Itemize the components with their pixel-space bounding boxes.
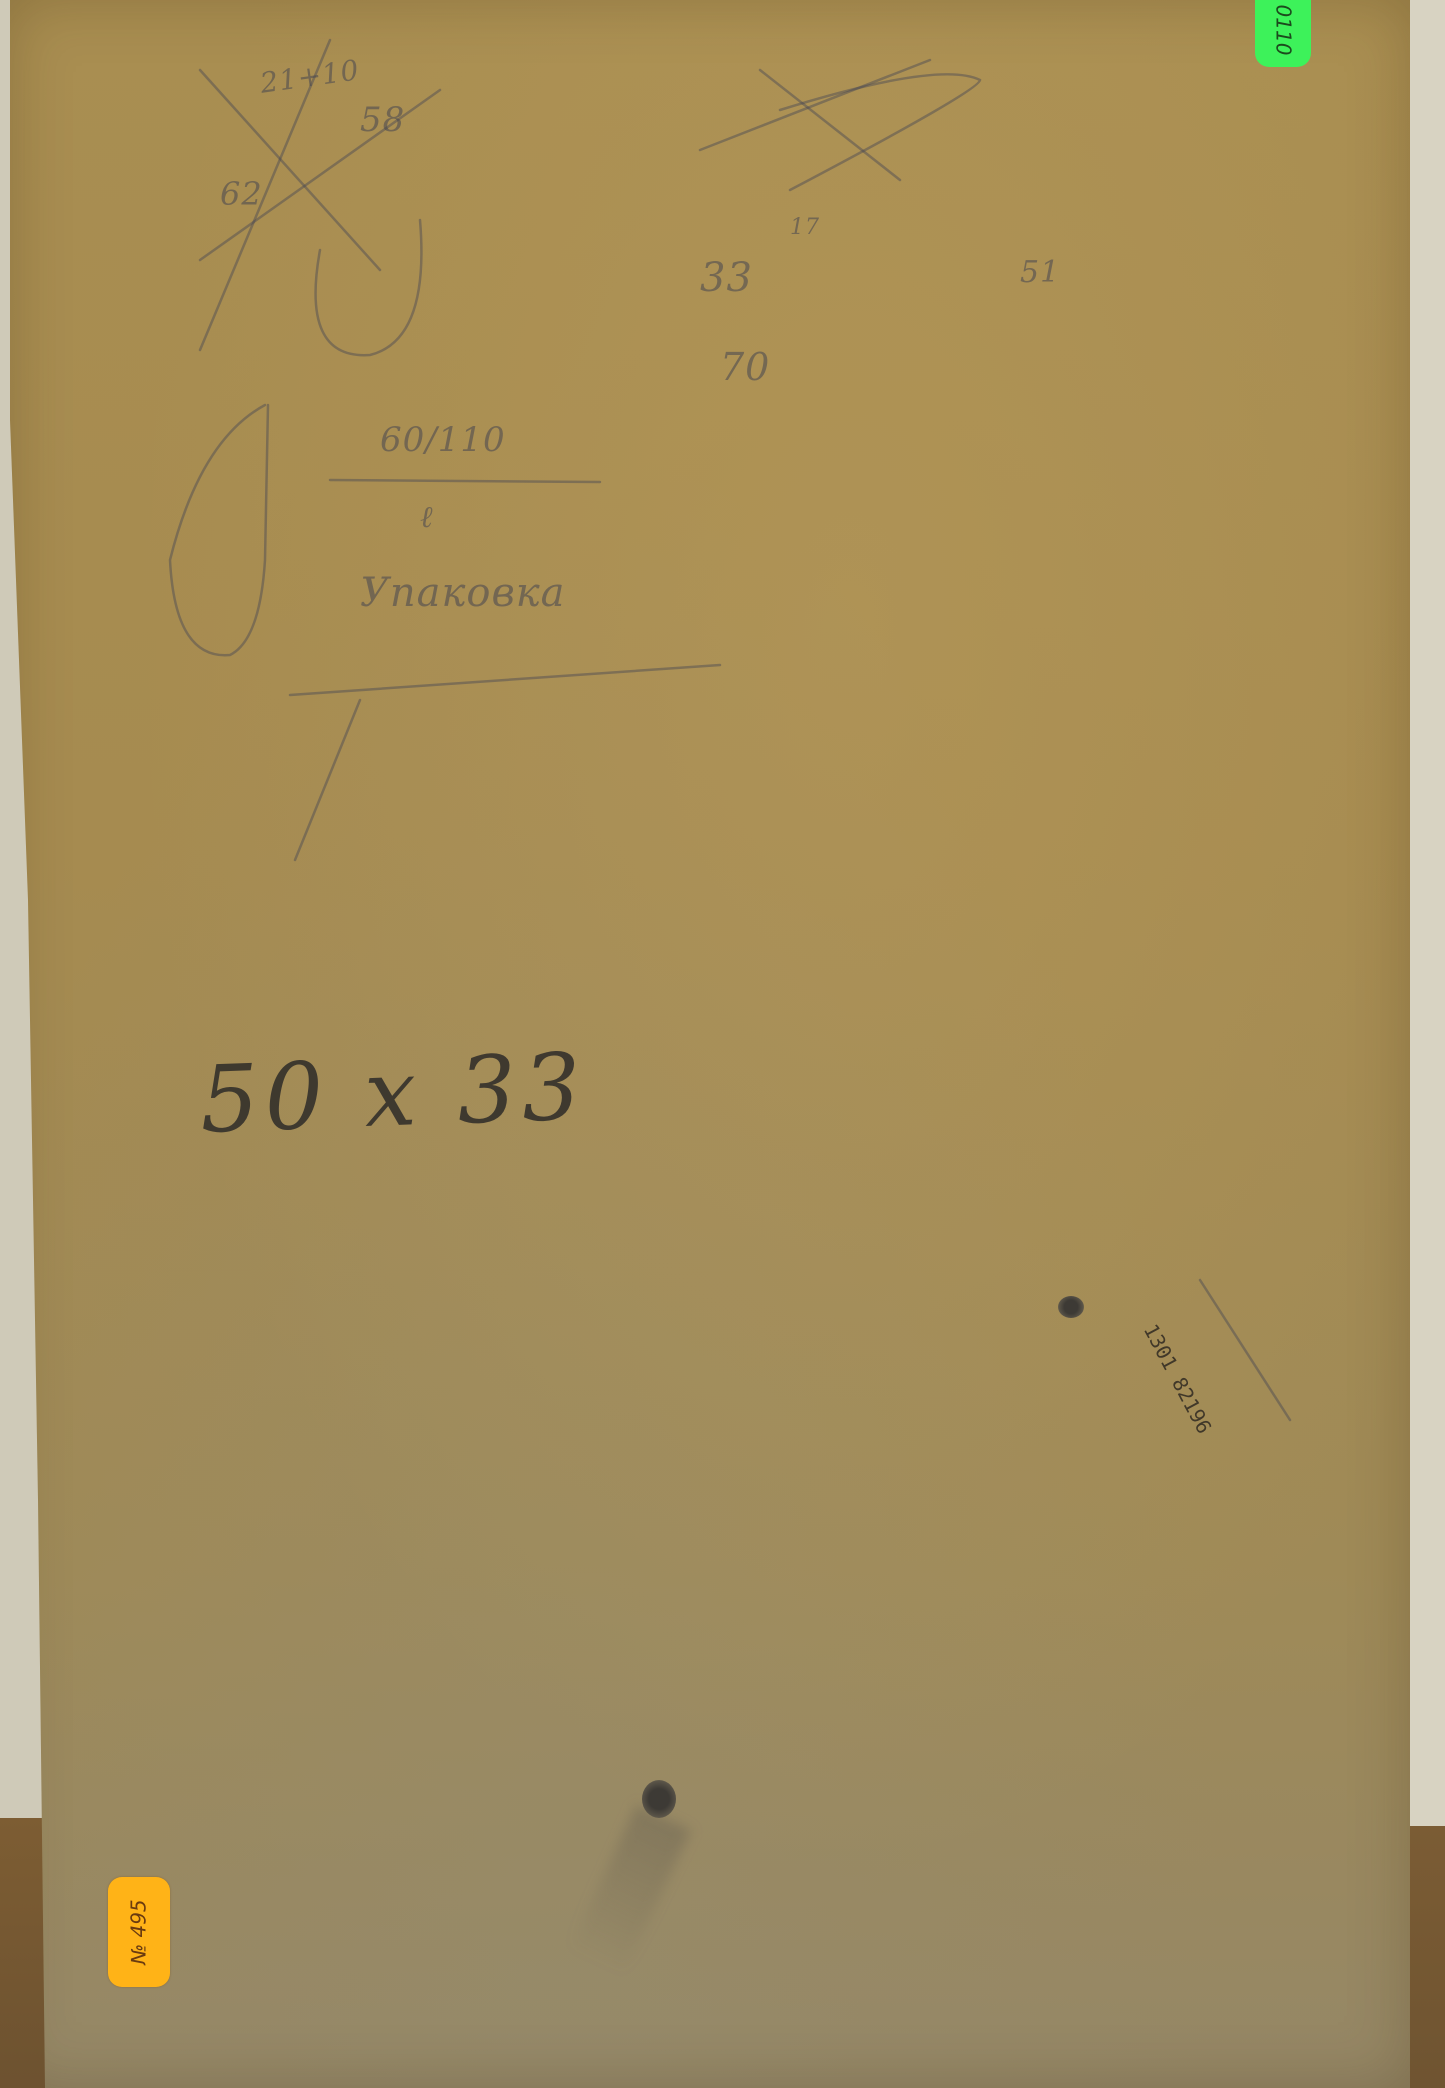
hardboard-panel <box>10 0 1410 2088</box>
floor-shadow-left <box>0 1818 45 2088</box>
nail-hole-right <box>1058 1296 1084 1318</box>
green-sticker-text: 0110 <box>1271 4 1295 55</box>
pencil-note-top-left-2: 58 <box>360 100 405 140</box>
pencil-note-top-right-2: 33 <box>700 255 753 301</box>
floor-shadow-right <box>1407 1826 1445 2088</box>
orange-price-sticker: № 495 <box>108 1877 170 1987</box>
pencil-note-top-right-3: 51 <box>1020 255 1060 290</box>
size-annotation: 50 x 33 <box>198 1033 588 1153</box>
green-price-sticker: 0110 <box>1255 0 1311 67</box>
pencil-note-middle-2: ℓ <box>420 500 434 535</box>
pencil-note-middle-3: Упаковка <box>360 570 566 616</box>
pencil-note-top-right-1: 17 <box>790 215 820 240</box>
pencil-note-top-right-4: 70 <box>720 345 770 389</box>
pencil-note-middle-1: 60/110 <box>380 420 506 460</box>
orange-sticker-text: № 495 <box>127 1899 151 1964</box>
pencil-note-top-left-3: 62 <box>220 175 263 213</box>
nail-hole-bottom <box>642 1780 676 1818</box>
